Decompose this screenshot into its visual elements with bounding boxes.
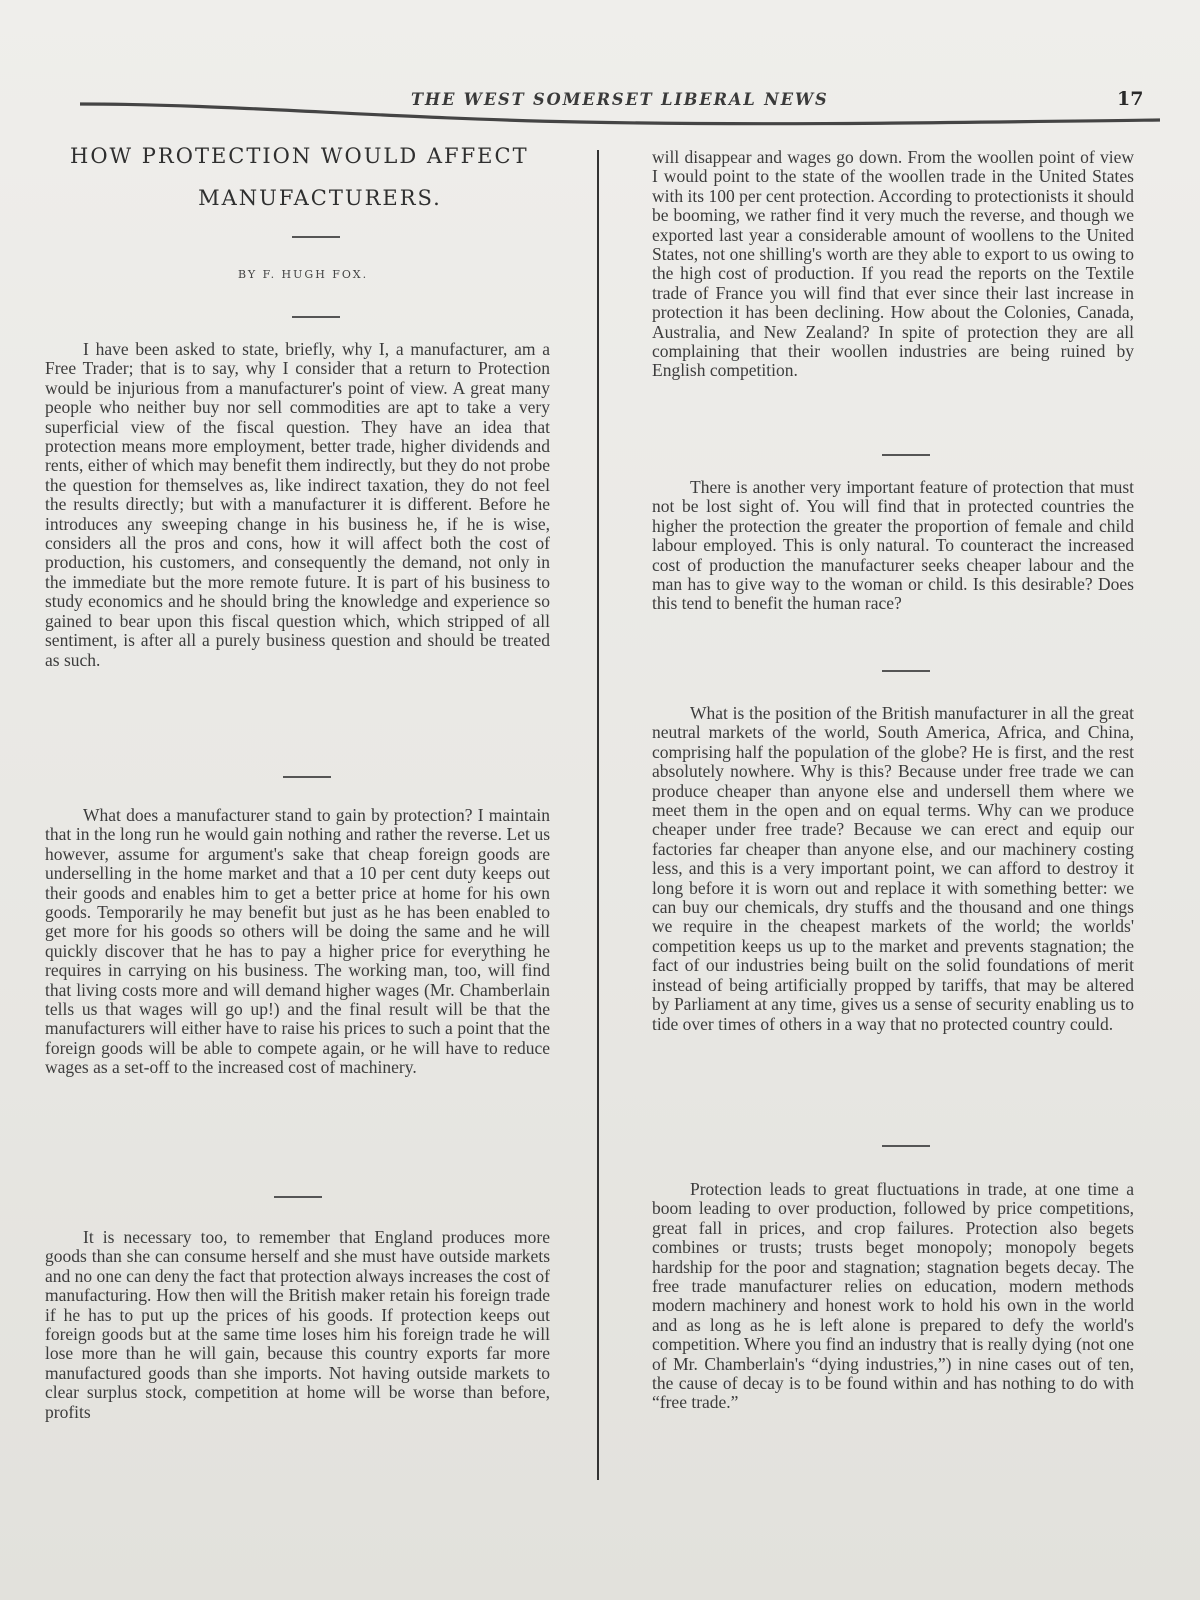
section-rule bbox=[882, 1145, 930, 1147]
article-title: HOW PROTECTION WOULD AFFECT MANUFACTURER… bbox=[70, 140, 570, 214]
paragraph-text: What does a manufacturer stand to gain b… bbox=[45, 806, 550, 1078]
paragraph-text: There is another very important feature … bbox=[652, 478, 1134, 614]
section-rule bbox=[882, 454, 930, 456]
section-rule bbox=[882, 670, 930, 672]
paragraph-text: will disappear and wages go down. From t… bbox=[652, 148, 1134, 381]
section-rule bbox=[283, 776, 331, 778]
paragraph-text: What is the position of the British manu… bbox=[652, 704, 1134, 1034]
byline-rule bbox=[292, 316, 340, 318]
right-paragraph-1: will disappear and wages go down. From t… bbox=[652, 148, 1134, 381]
left-paragraph-1: I have been asked to state, briefly, why… bbox=[45, 340, 550, 670]
article-title-line-2: MANUFACTURERS. bbox=[70, 182, 570, 214]
newspaper-page: THE WEST SOMERSET LIBERAL NEWS 17 HOW PR… bbox=[0, 0, 1200, 1600]
article-title-line-1: HOW PROTECTION WOULD AFFECT bbox=[70, 140, 570, 172]
right-paragraph-2: There is another very important feature … bbox=[652, 478, 1134, 614]
paragraph-text: Protection leads to great fluctuations i… bbox=[652, 1180, 1134, 1413]
header-rule bbox=[80, 100, 1160, 130]
paragraph-text: I have been asked to state, briefly, why… bbox=[45, 340, 550, 670]
left-paragraph-3: It is necessary too, to remember that En… bbox=[45, 1228, 550, 1422]
paragraph-text: It is necessary too, to remember that En… bbox=[45, 1228, 550, 1422]
right-paragraph-3: What is the position of the British manu… bbox=[652, 704, 1134, 1034]
byline: BY F. HUGH FOX. bbox=[238, 268, 368, 281]
column-divider bbox=[597, 150, 599, 1480]
title-rule bbox=[292, 236, 340, 238]
left-paragraph-2: What does a manufacturer stand to gain b… bbox=[45, 806, 550, 1078]
right-paragraph-4: Protection leads to great fluctuations i… bbox=[652, 1180, 1134, 1413]
section-rule bbox=[274, 1196, 322, 1198]
